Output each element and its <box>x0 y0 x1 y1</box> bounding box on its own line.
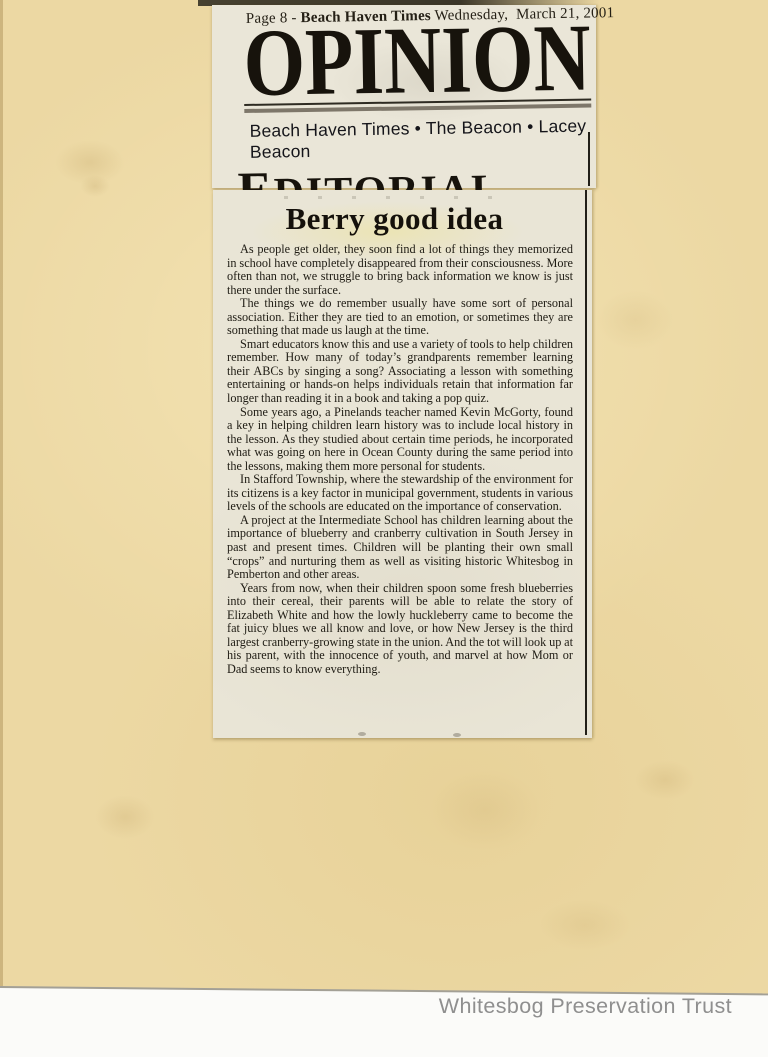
article-paragraph: Smart educators know this and use a vari… <box>227 338 573 406</box>
article-paragraph: Years from now, when their children spoo… <box>227 582 573 677</box>
article-paragraph: In Stafford Township, where the stewards… <box>227 473 573 514</box>
opinion-title-text: OPINION <box>243 4 592 116</box>
paper-stain <box>80 175 110 197</box>
publications-list: Beach Haven Times • The Beacon • Lacey B… <box>249 115 598 162</box>
paper-stain <box>635 760 695 800</box>
paper-stain <box>55 140 125 185</box>
newspaper-article-clipping: Berry good idea As people get older, the… <box>213 190 592 738</box>
cut-text-remnants <box>268 196 522 199</box>
paper-stain <box>95 795 155 839</box>
article-paragraph: The things we do remember usually have s… <box>227 297 573 338</box>
paper-stain <box>595 290 675 350</box>
article-paragraph: A project at the Intermediate School has… <box>227 514 573 582</box>
newspaper-masthead-clipping: Page 8 - Beach Haven Times Wednesday, Ma… <box>212 5 596 188</box>
article-headline: Berry good idea <box>231 202 558 236</box>
paper-stain <box>540 900 630 950</box>
paper-stain <box>430 770 540 850</box>
article-body: As people get older, they soon find a lo… <box>227 243 573 677</box>
opinion-masthead-title: OPINION <box>241 19 594 101</box>
column-rule <box>588 132 590 186</box>
page-edge-shadow <box>0 0 3 988</box>
article-paragraph: As people get older, they soon find a lo… <box>227 243 573 297</box>
article-paragraph: Some years ago, a Pinelands teacher name… <box>227 406 573 474</box>
watermark-text: Whitesbog Preservation Trust <box>439 994 732 1019</box>
column-rule <box>585 190 587 735</box>
cut-text-remnants-bottom <box>358 732 366 736</box>
